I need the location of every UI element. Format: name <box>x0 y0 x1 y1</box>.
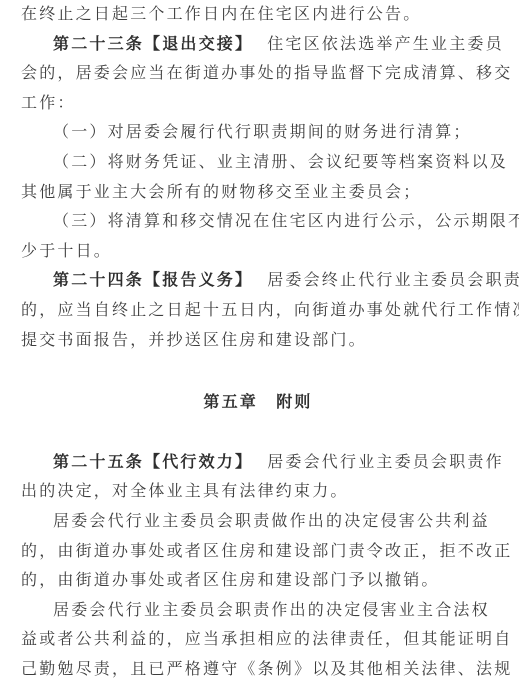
body-text: 在终止之日起三个工作日内在住宅区内进行公告。 <box>21 6 421 23</box>
body-text: 出的决定，对全体业主具有法律约束力。 <box>21 483 349 500</box>
body-text: 己勤勉尽责，且已严格遵守《条例》以及其他相关法律、法规 <box>21 661 512 678</box>
body-text: 少于十日。 <box>21 243 112 260</box>
body-text: 工作： <box>21 95 76 112</box>
body-line: 在终止之日起三个工作日内在住宅区内进行公告。 <box>21 0 495 30</box>
article-25-heading: 第二十五条【代行效力】 <box>53 454 253 471</box>
document-page: 在终止之日起三个工作日内在住宅区内进行公告。 第二十三条【退出交接】住宅区依法选… <box>0 0 519 686</box>
body-text: 的，应当自终止之日起十五日内，向街道办事处就代行工作情况 <box>21 302 519 319</box>
chapter-5-heading: 第五章 附则 <box>21 388 495 418</box>
body-line: 少于十日。 <box>21 237 495 267</box>
article-24-heading: 第二十四条【报告义务】 <box>53 272 253 289</box>
body-line: 居委会代行业主委员会职责作出的决定侵害业主合法权 <box>21 596 495 626</box>
list-item-2-line: （二）将财务凭证、业主清册、会议纪要等档案资料以及 <box>21 148 495 178</box>
body-text: 住宅区依法选举产生业主委员 <box>267 36 504 53</box>
body-text: 居委会终止代行业主委员会职责 <box>267 272 519 289</box>
article-23-heading-line: 第二十三条【退出交接】住宅区依法选举产生业主委员 <box>21 30 495 60</box>
body-line: 工作： <box>21 89 495 119</box>
body-line: 的，应当自终止之日起十五日内，向街道办事处就代行工作情况 <box>21 296 495 326</box>
chapter-heading-text: 第五章 附则 <box>203 394 312 411</box>
body-line: 益或者公共利益的，应当承担相应的法律责任，但其能证明自 <box>21 625 495 655</box>
body-text: （一）对居委会履行代行职责期间的财务进行清算； <box>53 124 472 141</box>
article-25-heading-line: 第二十五条【代行效力】居委会代行业主委员会职责作 <box>21 448 495 478</box>
article-23-heading: 第二十三条【退出交接】 <box>53 36 253 53</box>
body-line: 的，由街道办事处或者区住房和建设部门责令改正，拒不改正 <box>21 537 495 567</box>
body-text: 提交书面报告，并抄送区住房和建设部门。 <box>21 332 367 349</box>
body-line: 其他属于业主大会所有的财物移交至业主委员会； <box>21 178 495 208</box>
body-text: 居委会代行业主委员会职责作出的决定侵害业主合法权 <box>53 602 490 619</box>
body-text: 居委会代行业主委员会职责作 <box>267 454 504 471</box>
body-text: 其他属于业主大会所有的财物移交至业主委员会； <box>21 184 421 201</box>
body-line: 己勤勉尽责，且已严格遵守《条例》以及其他相关法律、法规 <box>21 655 495 685</box>
article-24-heading-line: 第二十四条【报告义务】居委会终止代行业主委员会职责 <box>21 266 495 296</box>
body-line: 的，由街道办事处或者区住房和建设部门予以撤销。 <box>21 566 495 596</box>
body-line: 提交书面报告，并抄送区住房和建设部门。 <box>21 326 495 356</box>
body-line: 出的决定，对全体业主具有法律约束力。 <box>21 477 495 507</box>
body-line: 会的，居委会应当在街道办事处的指导监督下完成清算、移交 <box>21 59 495 89</box>
list-item-1-line: （一）对居委会履行代行职责期间的财务进行清算； <box>21 118 495 148</box>
body-text: 益或者公共利益的，应当承担相应的法律责任，但其能证明自 <box>21 631 512 648</box>
body-text: （二）将财务凭证、业主清册、会议纪要等档案资料以及 <box>53 154 508 171</box>
body-text: 居委会代行业主委员会职责做作出的决定侵害公共利益 <box>53 513 490 530</box>
body-text: （三）将清算和移交情况在住宅区内进行公示，公示期限不 <box>53 213 519 230</box>
body-line: 居委会代行业主委员会职责做作出的决定侵害公共利益 <box>21 507 495 537</box>
body-text: 的，由街道办事处或者区住房和建设部门责令改正，拒不改正 <box>21 543 512 560</box>
body-text: 会的，居委会应当在街道办事处的指导监督下完成清算、移交 <box>21 65 512 82</box>
list-item-3-line: （三）将清算和移交情况在住宅区内进行公示，公示期限不 <box>21 207 495 237</box>
body-text: 的，由街道办事处或者区住房和建设部门予以撤销。 <box>21 572 440 589</box>
